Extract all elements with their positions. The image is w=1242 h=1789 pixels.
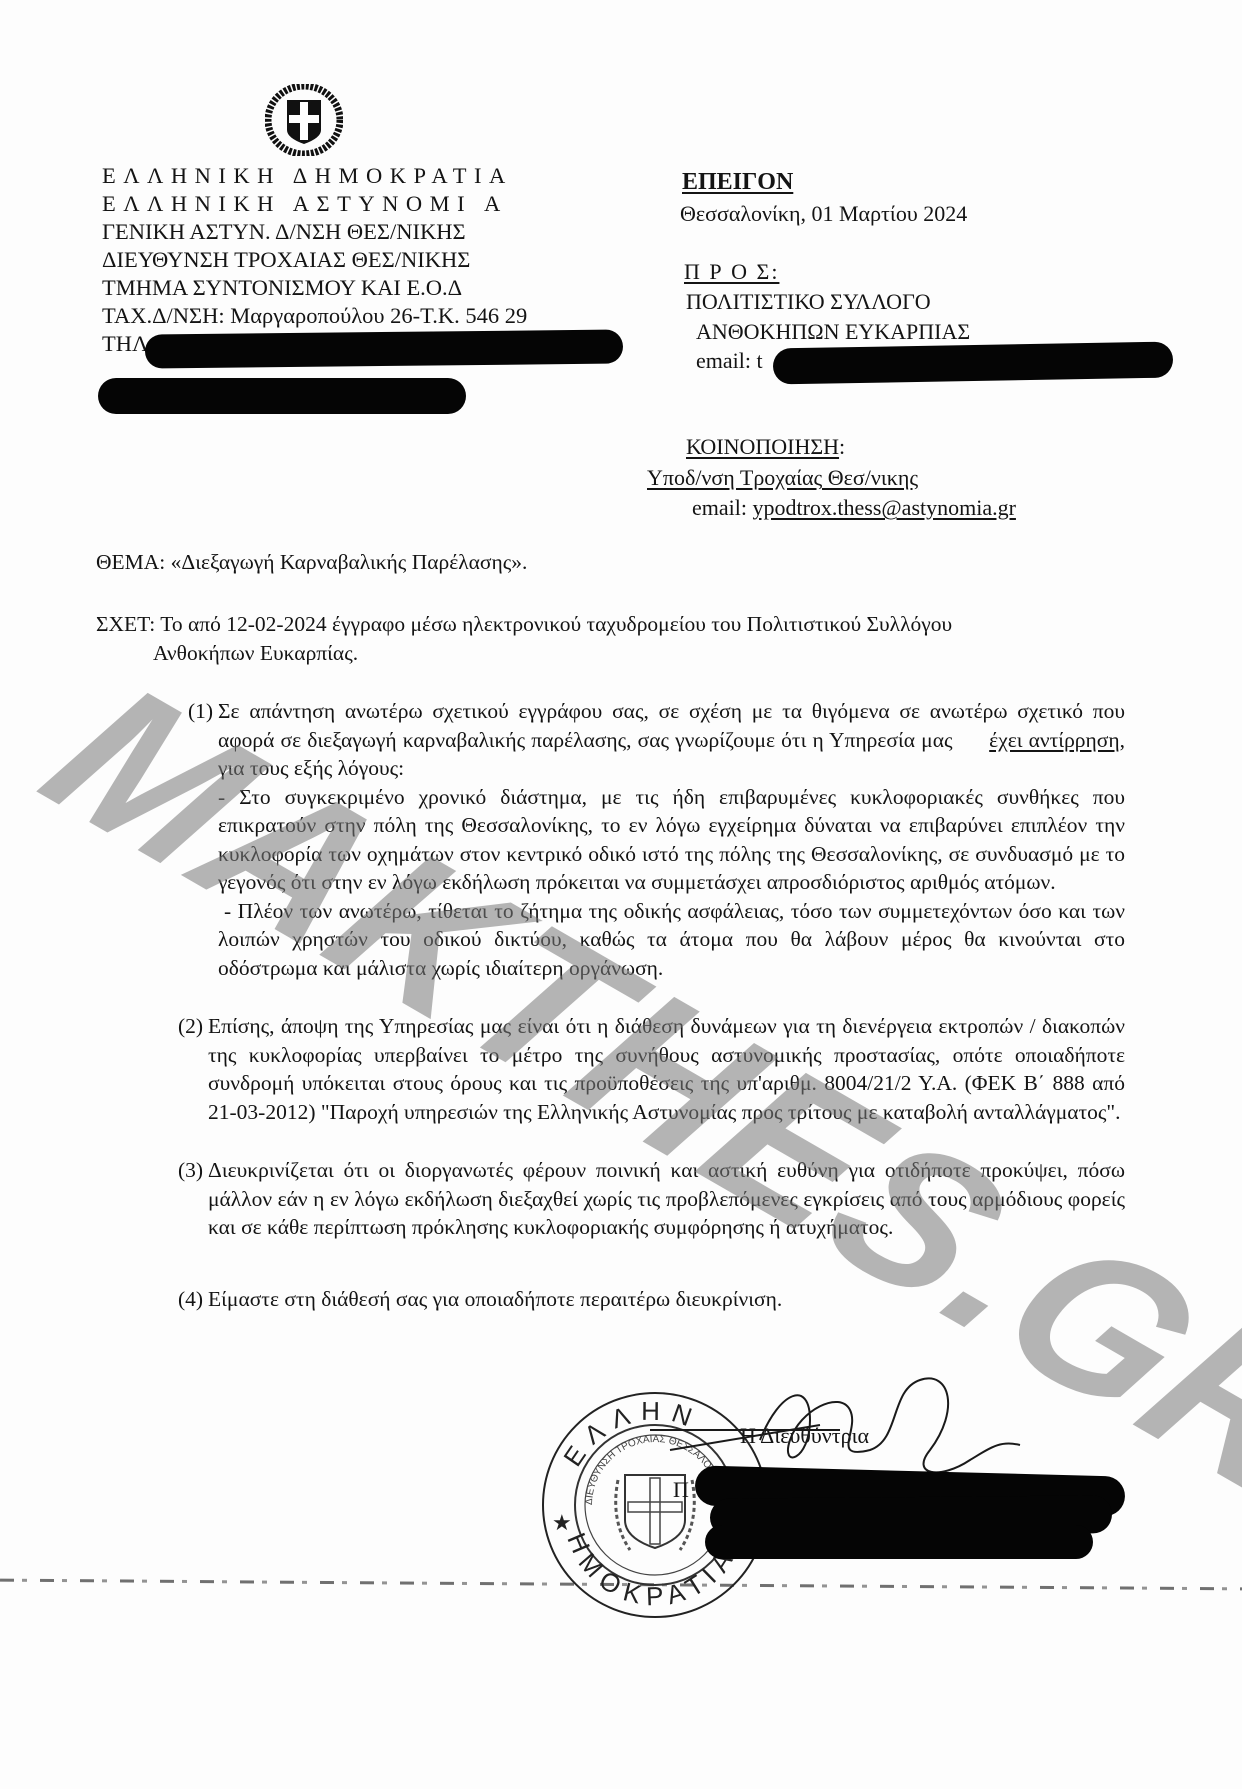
- cc-name: Υποδ/νση Τροχαίας Θεσ/νικης: [647, 464, 918, 492]
- subject-label: ΘΕΜΑ:: [96, 550, 165, 574]
- redaction-protocol-number: [98, 378, 466, 414]
- urgency-label: ΕΠΕΙΓΟΝ: [682, 168, 793, 196]
- paragraph-3: (3) Διευκρινίζεται ότι οι διοργανωτές φέ…: [178, 1156, 1125, 1242]
- paragraph-4-text: Είμαστε στη διάθεσή σας για οποιαδήποτε …: [208, 1285, 1125, 1314]
- header-line-address: ΤΑΧ.Δ/ΝΣΗ: Μαργαροπούλου 26-Τ.Κ. 546 29: [102, 302, 527, 330]
- redaction-signatory-line3: [705, 1525, 1093, 1559]
- cc-label-colon: :: [839, 434, 845, 459]
- cc-email-link[interactable]: ypodtrox.thess@astynomia.gr: [752, 495, 1015, 520]
- reference-line2: Ανθοκήπων Ευκαρπίας.: [153, 639, 358, 668]
- reference-label: ΣΧΕΤ:: [96, 612, 155, 636]
- cc-email-label: email:: [692, 495, 752, 520]
- recipient-name-line2: ΑΝΘΟΚΗΠΩΝ ΕΥΚΑΡΠΙΑΣ: [696, 318, 970, 346]
- paragraph-2: (2) Επίσης, άποψη της Υπηρεσίας μας είνα…: [178, 1012, 1125, 1126]
- header-line-traffic-directorate: ΔΙΕΥΘΥΝΣΗ ΤΡΟΧΑΙΑΣ ΘΕΣ/ΝΙΚΗΣ: [102, 246, 470, 274]
- header-line-police: ΕΛΛΗΝΙΚΗ ΑΣΤΥΝΟΜΙ Α: [102, 190, 508, 218]
- paragraph-1-number: (1): [188, 697, 213, 726]
- cc-email-row: email: ypodtrox.thess@astynomia.gr: [692, 494, 1016, 522]
- greek-coat-of-arms-icon: [265, 84, 343, 156]
- paragraph-1-bullet-2: - Πλέον των ανωτέρω, τίθεται το ζήτημα τ…: [218, 897, 1125, 983]
- paragraph-2-text: Επίσης, άποψη της Υπηρεσίας μας είναι ότ…: [208, 1012, 1125, 1126]
- header-line-phone: ΤΗΛ: [102, 330, 148, 358]
- svg-text:★: ★: [552, 1510, 572, 1535]
- paragraph-1-intro: Σε απάντηση ανωτέρω σχετικού εγγράφου σα…: [218, 697, 1125, 783]
- paragraph-1-objection: έχει αντίρρηση: [989, 728, 1119, 752]
- paragraph-2-number: (2): [178, 1012, 203, 1041]
- paragraph-1: (1) Σε απάντηση ανωτέρω σχετικού εγγράφο…: [188, 697, 1125, 982]
- paragraph-3-number: (3): [178, 1156, 203, 1185]
- recipient-name-line1: ΠΟΛΙΤΙΣΤΙΚΟ ΣΥΛΛΟΓΟ: [686, 288, 931, 316]
- paragraph-1-bullet-1: - Στο συγκεκριμένο χρονικό διάστημα, με …: [218, 783, 1125, 897]
- place-date: Θεσσαλονίκη, 01 Μαρτίου 2024: [680, 200, 967, 228]
- paragraph-3-text: Διευκρινίζεται ότι οι διοργανωτές φέρουν…: [208, 1156, 1125, 1242]
- redaction-recipient-email: [773, 342, 1174, 385]
- reference-line1: Το από 12-02-2024 έγγραφο μέσω ηλεκτρονι…: [160, 612, 952, 636]
- paragraph-4: (4) Είμαστε στη διάθεσή σας για οποιαδήπ…: [178, 1285, 1125, 1314]
- cc-label-text: ΚΟΙΝΟΠΟΙΗΣΗ: [686, 434, 839, 459]
- subject-text: «Διεξαγωγή Καρναβαλικής Παρέλασης».: [171, 550, 528, 574]
- header-line-republic: ΕΛΛΗΝΙΚΗ ΔΗΜΟΚΡΑΤΙΑ: [102, 162, 513, 190]
- cc-label: ΚΟΙΝΟΠΟΙΗΣΗ:: [686, 433, 845, 461]
- paragraph-4-number: (4): [178, 1285, 203, 1314]
- subject: ΘΕΜΑ: «Διεξαγωγή Καρναβαλικής Παρέλασης»…: [96, 548, 527, 577]
- header-line-general-directorate: ΓΕΝΙΚΗ ΑΣΤΥΝ. Δ/ΝΣΗ ΘΕΣ/ΝΙΚΗΣ: [102, 218, 466, 246]
- redaction-phone: [145, 329, 623, 368]
- reference: ΣΧΕΤ: Το από 12-02-2024 έγγραφο μέσω ηλε…: [96, 610, 1126, 639]
- recipient-label: Π Ρ Ο Σ:: [684, 258, 779, 286]
- recipient-email: email: t: [696, 347, 763, 375]
- header-line-department: ΤΜΗΜΑ ΣΥΝΤΟΝΙΣΜΟΥ ΚΑΙ Ε.Ο.Δ: [102, 274, 462, 302]
